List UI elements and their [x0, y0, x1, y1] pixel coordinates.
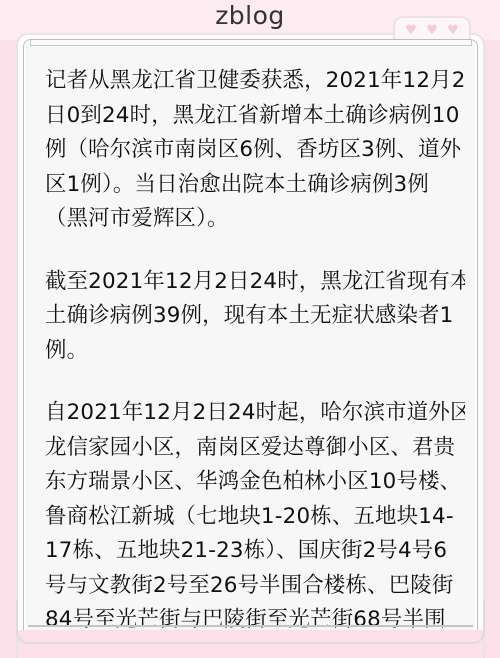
- text-line: 日0到24时，黑龙江省新增本土确诊病例10: [45, 99, 465, 134]
- article-content: 记者从黑龙江省卫健委获悉，2021年12月2 日0到24时，黑龙江省新增本土确诊…: [45, 64, 465, 656]
- article-frame-bottom: [16, 600, 485, 644]
- text-line: 17栋、五地块21-23栋）、国庆街2号4号6: [45, 534, 465, 569]
- text-line: 例。: [45, 334, 465, 369]
- text-line: 龙信家园小区，南岗区爱达尊御小区、君贵: [45, 431, 465, 466]
- article-paragraph-2: 截至2021年12月2日24时，黑龙江省现有本 土确诊病例39例，现有本土无症状…: [45, 265, 465, 369]
- text-line: 土确诊病例39例，现有本土无症状感染者1: [45, 299, 465, 334]
- text-line: （黑河市爱辉区）。: [45, 202, 465, 237]
- heart-icon: ♥: [425, 25, 439, 37]
- text-line: 东方瑞景小区、华鸿金色柏林小区10号楼、: [45, 465, 465, 500]
- article-paragraph-1: 记者从黑龙江省卫健委获悉，2021年12月2 日0到24时，黑龙江省新增本土确诊…: [45, 64, 465, 237]
- frame-top-divider: [30, 40, 472, 46]
- text-line: 自2021年12月2日24时起，哈尔滨市道外区: [45, 396, 465, 431]
- heart-icon: ♥: [446, 25, 460, 37]
- frame-bottom-divider: [28, 625, 473, 627]
- text-line: 截至2021年12月2日24时，黑龙江省现有本: [45, 265, 465, 300]
- text-line: 区1例）。当日治愈出院本土确诊病例3例: [45, 168, 465, 203]
- heart-icon: ♥: [404, 25, 418, 37]
- text-line: 鲁商松江新城（七地块1-20栋、五地块14-: [45, 500, 465, 535]
- text-line: 例（哈尔滨市南岗区6例、香坊区3例、道外: [45, 133, 465, 168]
- text-line: 记者从黑龙江省卫健委获悉，2021年12月2: [45, 64, 465, 99]
- text-line: 号与文教街2号至26号半围合楼栋、巴陵街: [45, 569, 465, 604]
